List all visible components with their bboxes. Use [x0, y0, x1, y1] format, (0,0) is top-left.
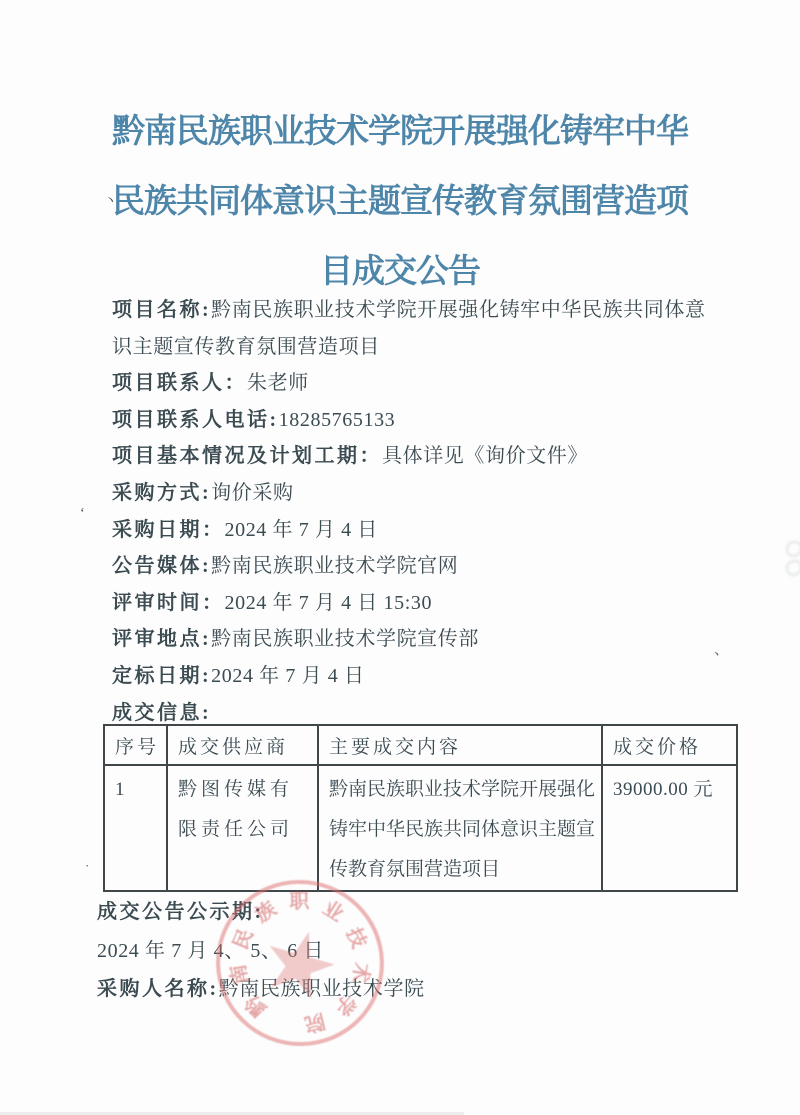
info-line: 采购日期：2024 年 7 月 4 日	[112, 512, 712, 549]
header-cell-supplier: 成交供应商	[167, 725, 318, 765]
footer-line: 成交公告公示期:	[97, 893, 717, 932]
cell-supplier: 黔图传媒有限责任公司	[167, 765, 318, 891]
info-label: 项目联系人电话:	[112, 409, 279, 431]
document-title-line: 黔南民族职业技术学院开展强化铸牢中华	[0, 96, 800, 166]
table-header-row: 序号 成交供应商 主要成交内容 成交价格	[104, 725, 737, 765]
info-value: 询价采购	[211, 482, 293, 504]
info-value: 2024 年 7 月 4 日	[211, 665, 364, 687]
cell-price: 39000.00 元	[602, 765, 737, 891]
info-label: 成交信息:	[112, 702, 211, 724]
scan-mark-date: ‘	[80, 506, 85, 522]
info-line: 项目联系人电话:18285765133	[112, 402, 712, 439]
scan-smudge	[786, 538, 800, 590]
footer-value: 黔南民族职业技术学院	[219, 978, 425, 1000]
info-line: 采购方式:询价采购	[112, 475, 712, 512]
info-line: 公告媒体:黔南民族职业技术学院官网	[112, 548, 712, 585]
footer-line: 采购人名称:黔南民族职业技术学院	[97, 970, 717, 1009]
project-info-section: 项目名称:黔南民族职业技术学院开展强化铸牢中华民族共同体意 识主题宣传教育氛围营…	[112, 292, 712, 731]
document-title-line: 民族共同体意识主题宣传教育氛围营造项	[0, 166, 800, 236]
scan-mark-right: 、	[714, 638, 729, 659]
info-label: 采购日期：	[112, 519, 225, 541]
footer-label: 采购人名称:	[97, 978, 219, 1000]
info-label: 评审时间：	[112, 592, 225, 614]
document-page: 黔南民族职业技术学院开展强化铸牢中华 民族共同体意识主题宣传教育氛围营造项 目成…	[0, 0, 800, 1115]
footer-label: 成交公告公示期:	[97, 901, 264, 923]
cell-content: 黔南民族职业技术学院开展强化铸牢中华民族共同体意识主题宣传教育氛围营造项目	[318, 765, 602, 891]
info-value: 黔南民族职业技术学院宣传部	[211, 628, 479, 650]
info-label: 项目名称:	[112, 299, 211, 321]
scan-mark-title: 丶	[104, 190, 117, 209]
info-line: 评审时间：2024 年 7 月 4 日 15:30	[112, 585, 712, 622]
info-value: 朱老师	[247, 372, 309, 394]
info-line: 定标日期:2024 年 7 月 4 日	[112, 658, 712, 695]
info-label: 定标日期:	[112, 665, 211, 687]
footer-section: 成交公告公示期: 2024 年 7 月 4、 5、 6 日 采购人名称:黔南民族…	[97, 893, 717, 1009]
info-line: 项目联系人：朱老师	[112, 365, 712, 402]
info-label: 公告媒体:	[112, 555, 211, 577]
info-value: 黔南民族职业技术学院开展强化铸牢中华民族共同体意	[211, 299, 705, 321]
info-label: 评审地点:	[112, 628, 211, 650]
info-value: 具体详见《询价文件》	[382, 445, 588, 467]
info-line: 项目基本情况及计划工期：具体详见《询价文件》	[112, 438, 712, 475]
info-line: 评审地点:黔南民族职业技术学院宣传部	[112, 621, 712, 658]
header-cell-content: 主要成交内容	[318, 725, 602, 765]
info-label: 项目联系人：	[112, 372, 247, 394]
info-value: 黔南民族职业技术学院官网	[211, 555, 458, 577]
footer-value: 2024 年 7 月 4、 5、 6 日	[97, 940, 324, 962]
header-cell-seq: 序号	[104, 725, 167, 765]
footer-line: 2024 年 7 月 4、 5、 6 日	[97, 932, 717, 971]
info-value: 2024 年 7 月 4 日 15:30	[225, 592, 433, 614]
scan-mark-table: ·	[85, 858, 89, 874]
info-line: 识主题宣传教育氛围营造项目	[112, 329, 712, 366]
info-value: 2024 年 7 月 4 日	[225, 519, 378, 541]
award-table: 序号 成交供应商 主要成交内容 成交价格 1 黔图传媒有限责任公司 黔南民族职业…	[103, 724, 738, 892]
info-value: 18285765133	[279, 409, 396, 431]
info-label: 采购方式:	[112, 482, 211, 504]
document-title: 黔南民族职业技术学院开展强化铸牢中华 民族共同体意识主题宣传教育氛围营造项 目成…	[0, 96, 800, 306]
info-label: 项目基本情况及计划工期：	[112, 445, 382, 467]
seal-arc-char: 院	[301, 1009, 328, 1036]
table-row: 1 黔图传媒有限责任公司 黔南民族职业技术学院开展强化铸牢中华民族共同体意识主题…	[104, 765, 737, 891]
cell-seq: 1	[104, 765, 167, 891]
award-table-header: 序号 成交供应商 主要成交内容 成交价格	[104, 725, 737, 765]
info-value: 识主题宣传教育氛围营造项目	[112, 336, 380, 358]
header-cell-price: 成交价格	[602, 725, 737, 765]
info-line: 项目名称:黔南民族职业技术学院开展强化铸牢中华民族共同体意	[112, 292, 712, 329]
